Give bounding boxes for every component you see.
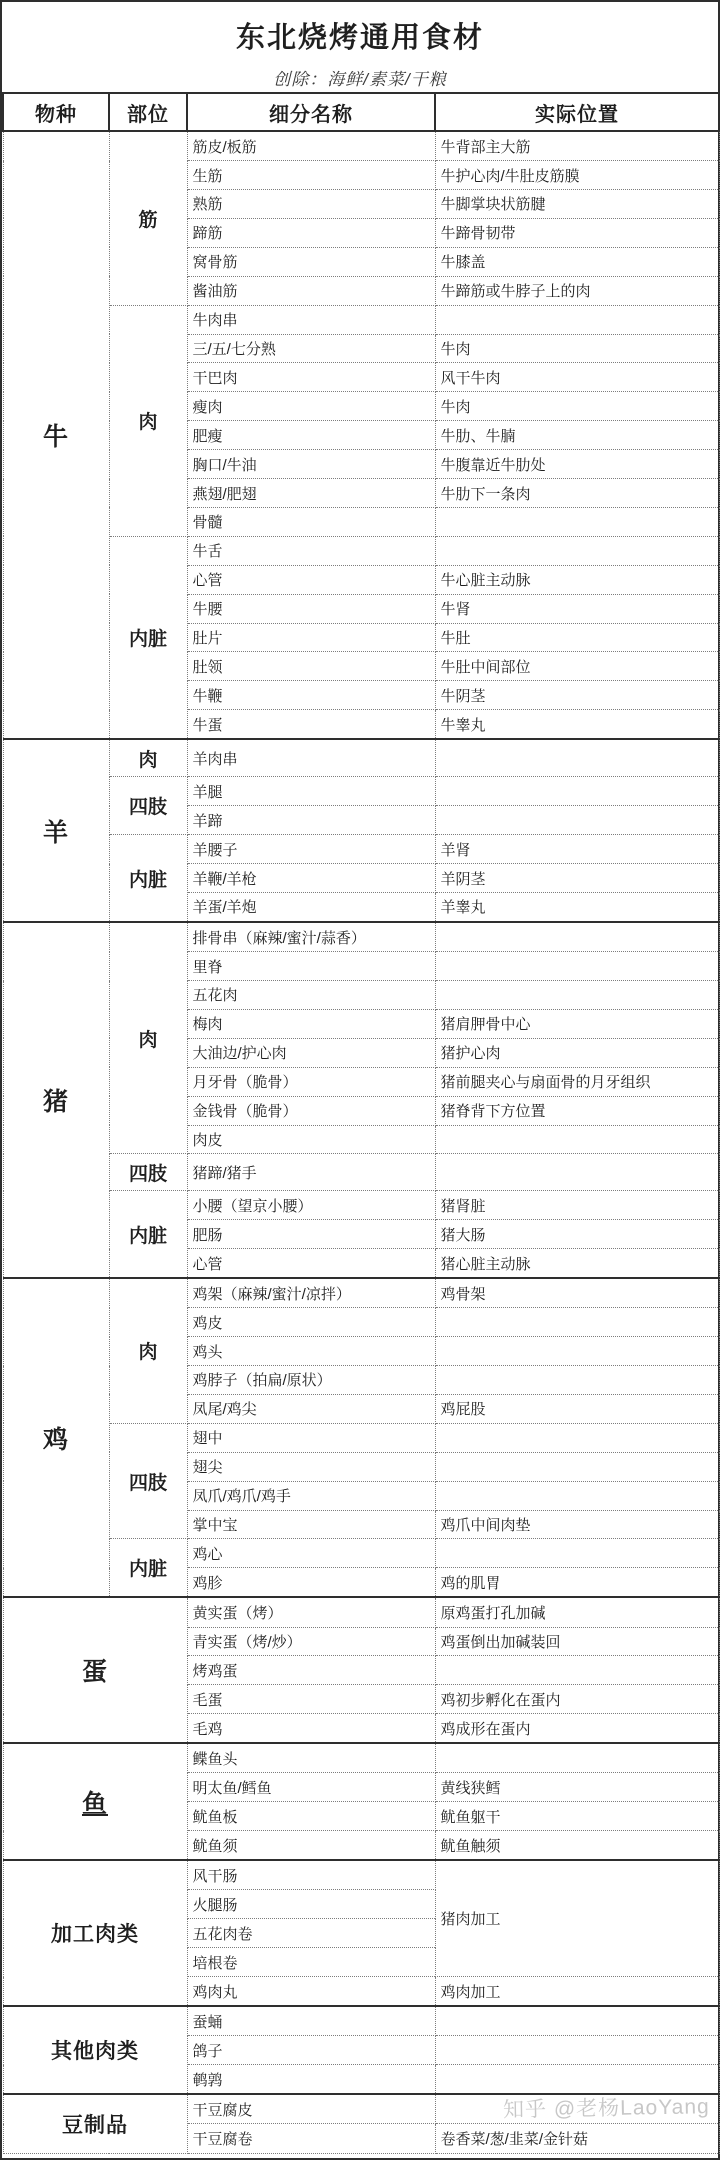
location-cell: 鱿鱼触须 [435, 1831, 719, 1861]
location-cell [435, 952, 719, 981]
item-name-cell: 燕翅/肥翅 [187, 479, 435, 508]
table-row: 四肢猪蹄/猪手 [3, 1154, 719, 1191]
species-cell: 鸡 [3, 1278, 109, 1597]
location-cell: 鸡蛋倒出加碱装回 [435, 1627, 719, 1656]
page-title: 东北烧烤通用食材 [2, 2, 718, 56]
location-cell: 猪肉加工 [435, 1860, 719, 1976]
location-cell [435, 2036, 719, 2065]
part-cell: 肉 [109, 739, 187, 776]
location-cell: 牛心脏主动脉 [435, 565, 719, 594]
item-name-cell: 毛鸡 [187, 1714, 435, 1744]
table-row: 肉牛肉串 [3, 305, 719, 334]
item-name-cell: 筋皮/板筋 [187, 131, 435, 161]
item-name-cell: 骨髓 [187, 507, 435, 536]
item-name-cell: 鸡脖子（拍扁/原状） [187, 1366, 435, 1395]
item-name-cell: 三/五/七分熟 [187, 334, 435, 363]
item-name-cell: 烤鸡蛋 [187, 1656, 435, 1685]
item-name-cell: 明太鱼/鳕鱼 [187, 1773, 435, 1802]
item-name-cell: 青实蛋（烤/炒） [187, 1627, 435, 1656]
part-cell: 内脏 [109, 1191, 187, 1278]
item-name-cell: 凤尾/鸡尖 [187, 1394, 435, 1423]
species-cell: 加工肉类 [3, 1860, 187, 2006]
item-name-cell: 羊腰子 [187, 835, 435, 864]
table-row: 鱼鲽鱼头 [3, 1743, 719, 1773]
item-name-cell: 牛鞭 [187, 681, 435, 710]
species-cell: 猪 [3, 922, 109, 1278]
location-cell: 牛背部主大筋 [435, 131, 719, 161]
item-name-cell: 羊鞭/羊枪 [187, 864, 435, 893]
item-name-cell: 鱿鱼板 [187, 1802, 435, 1831]
location-cell: 牛护心肉/牛肚皮筋膜 [435, 161, 719, 190]
location-cell [435, 1743, 719, 1773]
part-cell: 四肢 [109, 1423, 187, 1539]
location-cell: 原鸡蛋打孔加碱 [435, 1597, 719, 1627]
location-cell: 牛肉 [435, 392, 719, 421]
species-cell: 豆制品 [3, 2094, 187, 2153]
species-cell: 羊 [3, 739, 109, 922]
item-name-cell: 酱油筋 [187, 276, 435, 305]
location-cell: 鱿鱼躯干 [435, 1802, 719, 1831]
item-name-cell: 翅尖 [187, 1452, 435, 1481]
item-name-cell: 肥瘦 [187, 421, 435, 450]
species-cell: 其他肉类 [3, 2006, 187, 2094]
item-name-cell: 羊肉串 [187, 739, 435, 776]
item-name-cell: 蚕蛹 [187, 2006, 435, 2036]
location-cell: 牛肚 [435, 623, 719, 652]
item-name-cell: 干豆腐皮 [187, 2094, 435, 2124]
table-row: 鸡肉鸡架（麻辣/蜜汁/凉拌）鸡骨架 [3, 1278, 719, 1308]
column-header-1: 部位 [109, 93, 187, 131]
location-cell: 牛腹靠近牛肋处 [435, 450, 719, 479]
item-name-cell: 五花肉 [187, 981, 435, 1010]
table-row: 四肢翅中 [3, 1423, 719, 1452]
table-row: 羊肉羊肉串 [3, 739, 719, 776]
location-cell: 鸡的肌胃 [435, 1568, 719, 1598]
item-name-cell: 毛蛋 [187, 1685, 435, 1714]
part-cell: 肉 [109, 922, 187, 1154]
part-cell: 筋 [109, 131, 187, 305]
location-cell: 牛脚掌块状筋腱 [435, 189, 719, 218]
table-row: 内脏羊腰子羊肾 [3, 835, 719, 864]
item-name-cell: 牛肉串 [187, 305, 435, 334]
table-row: 加工肉类风干肠猪肉加工 [3, 1860, 719, 1890]
item-name-cell: 梅肉 [187, 1009, 435, 1038]
location-cell: 鸡初步孵化在蛋内 [435, 1685, 719, 1714]
location-cell: 羊肾 [435, 835, 719, 864]
item-name-cell: 鹌鹑 [187, 2065, 435, 2095]
item-name-cell: 羊蹄 [187, 806, 435, 835]
item-name-cell: 熟筋 [187, 189, 435, 218]
location-cell [435, 1337, 719, 1366]
location-cell: 牛肚中间部位 [435, 652, 719, 681]
item-name-cell: 胸口/牛油 [187, 450, 435, 479]
location-cell [435, 1656, 719, 1685]
location-cell [435, 2065, 719, 2095]
ingredients-table: 物种部位细分名称实际位置 牛筋筋皮/板筋牛背部主大筋生筋牛护心肉/牛肚皮筋膜熟筋… [2, 92, 720, 2154]
table-row: 牛筋筋皮/板筋牛背部主大筋 [3, 131, 719, 161]
location-cell: 牛肾 [435, 594, 719, 623]
table-row: 内脏牛舌 [3, 536, 719, 565]
item-name-cell: 瘦肉 [187, 392, 435, 421]
species-cell: 鱼 [3, 1743, 187, 1860]
part-cell: 内脏 [109, 1539, 187, 1597]
part-cell: 肉 [109, 305, 187, 536]
item-name-cell: 鸡头 [187, 1337, 435, 1366]
location-cell [435, 922, 719, 952]
item-name-cell: 鸽子 [187, 2036, 435, 2065]
location-cell [435, 2094, 719, 2124]
part-cell: 四肢 [109, 777, 187, 835]
spreadsheet: 东北烧烤通用食材 创除：海鲜/素菜/干粮 物种部位细分名称实际位置 牛筋筋皮/板… [0, 0, 720, 2160]
item-name-cell: 里脊 [187, 952, 435, 981]
item-name-cell: 肚片 [187, 623, 435, 652]
location-cell [435, 1539, 719, 1568]
item-name-cell: 金钱骨（脆骨） [187, 1096, 435, 1125]
item-name-cell: 肚领 [187, 652, 435, 681]
location-cell [435, 777, 719, 806]
page-subtitle: 创除：海鲜/素菜/干粮 [2, 65, 718, 90]
location-cell [435, 739, 719, 776]
part-cell: 内脏 [109, 536, 187, 739]
column-header-2: 细分名称 [187, 93, 435, 131]
location-cell: 牛睾丸 [435, 710, 719, 740]
item-name-cell: 鱿鱼须 [187, 1831, 435, 1861]
table-row: 豆制品干豆腐皮 [3, 2094, 719, 2124]
item-name-cell: 窝骨筋 [187, 247, 435, 276]
location-cell [435, 1481, 719, 1510]
location-cell [435, 2006, 719, 2036]
item-name-cell: 生筋 [187, 161, 435, 190]
item-name-cell: 干巴肉 [187, 363, 435, 392]
table-row: 内脏小腰（望京小腰）猪肾脏 [3, 1191, 719, 1220]
location-cell [435, 1423, 719, 1452]
item-name-cell: 蹄筋 [187, 218, 435, 247]
location-cell: 卷香菜/葱/韭菜/金针菇 [435, 2124, 719, 2154]
column-header-0: 物种 [3, 93, 109, 131]
item-name-cell: 牛腰 [187, 594, 435, 623]
location-cell: 鸡肉加工 [435, 1977, 719, 2007]
item-name-cell: 鲽鱼头 [187, 1743, 435, 1773]
item-name-cell: 鸡肉丸 [187, 1977, 435, 2007]
location-cell: 鸡屁股 [435, 1394, 719, 1423]
location-cell [435, 305, 719, 334]
item-name-cell: 月牙骨（脆骨） [187, 1067, 435, 1096]
location-cell [435, 1154, 719, 1191]
location-cell [435, 806, 719, 835]
item-name-cell: 培根卷 [187, 1948, 435, 1977]
item-name-cell: 鸡心 [187, 1539, 435, 1568]
item-name-cell: 小腰（望京小腰） [187, 1191, 435, 1220]
table-row: 内脏鸡心 [3, 1539, 719, 1568]
location-cell [435, 1366, 719, 1395]
item-name-cell: 牛舌 [187, 536, 435, 565]
location-cell [435, 507, 719, 536]
item-name-cell: 排骨串（麻辣/蜜汁/蒜香） [187, 922, 435, 952]
item-name-cell: 鸡皮 [187, 1308, 435, 1337]
species-cell: 蛋 [3, 1597, 187, 1743]
item-name-cell: 鸡架（麻辣/蜜汁/凉拌） [187, 1278, 435, 1308]
item-name-cell: 干豆腐卷 [187, 2124, 435, 2154]
location-cell: 牛肉 [435, 334, 719, 363]
location-cell [435, 981, 719, 1010]
location-cell: 猪护心肉 [435, 1038, 719, 1067]
item-name-cell: 黄实蛋（烤） [187, 1597, 435, 1627]
location-cell [435, 1308, 719, 1337]
location-cell: 猪前腿夹心与扇面骨的月牙组织 [435, 1067, 719, 1096]
location-cell [435, 536, 719, 565]
part-cell: 内脏 [109, 835, 187, 922]
header-row: 物种部位细分名称实际位置 [3, 93, 719, 131]
location-cell: 风干牛肉 [435, 363, 719, 392]
item-name-cell: 羊腿 [187, 777, 435, 806]
item-name-cell: 鸡胗 [187, 1568, 435, 1598]
location-cell: 牛膝盖 [435, 247, 719, 276]
item-name-cell: 牛蛋 [187, 710, 435, 740]
item-name-cell: 猪蹄/猪手 [187, 1154, 435, 1191]
item-name-cell: 火腿肠 [187, 1890, 435, 1919]
location-cell: 黄线狭鳕 [435, 1773, 719, 1802]
species-cell: 牛 [3, 131, 109, 739]
location-cell: 牛阴茎 [435, 681, 719, 710]
location-cell: 猪脊背下方位置 [435, 1096, 719, 1125]
item-name-cell: 掌中宝 [187, 1510, 435, 1539]
location-cell: 猪肾脏 [435, 1191, 719, 1220]
part-cell: 四肢 [109, 1154, 187, 1191]
location-cell: 牛肋下一条肉 [435, 479, 719, 508]
title-block: 东北烧烤通用食材 创除：海鲜/素菜/干粮 [2, 2, 718, 92]
table-row: 其他肉类蚕蛹 [3, 2006, 719, 2036]
location-cell: 鸡爪中间肉垫 [435, 1510, 719, 1539]
item-name-cell: 羊蛋/羊炮 [187, 892, 435, 922]
item-name-cell: 凤爪/鸡爪/鸡手 [187, 1481, 435, 1510]
table-row: 四肢羊腿 [3, 777, 719, 806]
location-cell: 牛蹄筋或牛脖子上的肉 [435, 276, 719, 305]
location-cell: 牛肋、牛腩 [435, 421, 719, 450]
item-name-cell: 心管 [187, 565, 435, 594]
location-cell: 羊睾丸 [435, 892, 719, 922]
item-name-cell: 翅中 [187, 1423, 435, 1452]
location-cell: 牛蹄骨韧带 [435, 218, 719, 247]
location-cell [435, 1452, 719, 1481]
table-row: 猪肉排骨串（麻辣/蜜汁/蒜香） [3, 922, 719, 952]
item-name-cell: 五花肉卷 [187, 1919, 435, 1948]
part-cell: 肉 [109, 1278, 187, 1423]
item-name-cell: 心管 [187, 1249, 435, 1279]
location-cell: 猪大肠 [435, 1220, 719, 1249]
location-cell [435, 1125, 719, 1154]
location-cell: 鸡成形在蛋内 [435, 1714, 719, 1744]
item-name-cell: 大油边/护心肉 [187, 1038, 435, 1067]
location-cell: 鸡骨架 [435, 1278, 719, 1308]
location-cell: 猪心脏主动脉 [435, 1249, 719, 1279]
table-row: 蛋黄实蛋（烤）原鸡蛋打孔加碱 [3, 1597, 719, 1627]
location-cell: 猪肩胛骨中心 [435, 1009, 719, 1038]
item-name-cell: 风干肠 [187, 1860, 435, 1890]
item-name-cell: 肉皮 [187, 1125, 435, 1154]
location-cell: 羊阴茎 [435, 864, 719, 893]
item-name-cell: 肥肠 [187, 1220, 435, 1249]
column-header-3: 实际位置 [435, 93, 719, 131]
